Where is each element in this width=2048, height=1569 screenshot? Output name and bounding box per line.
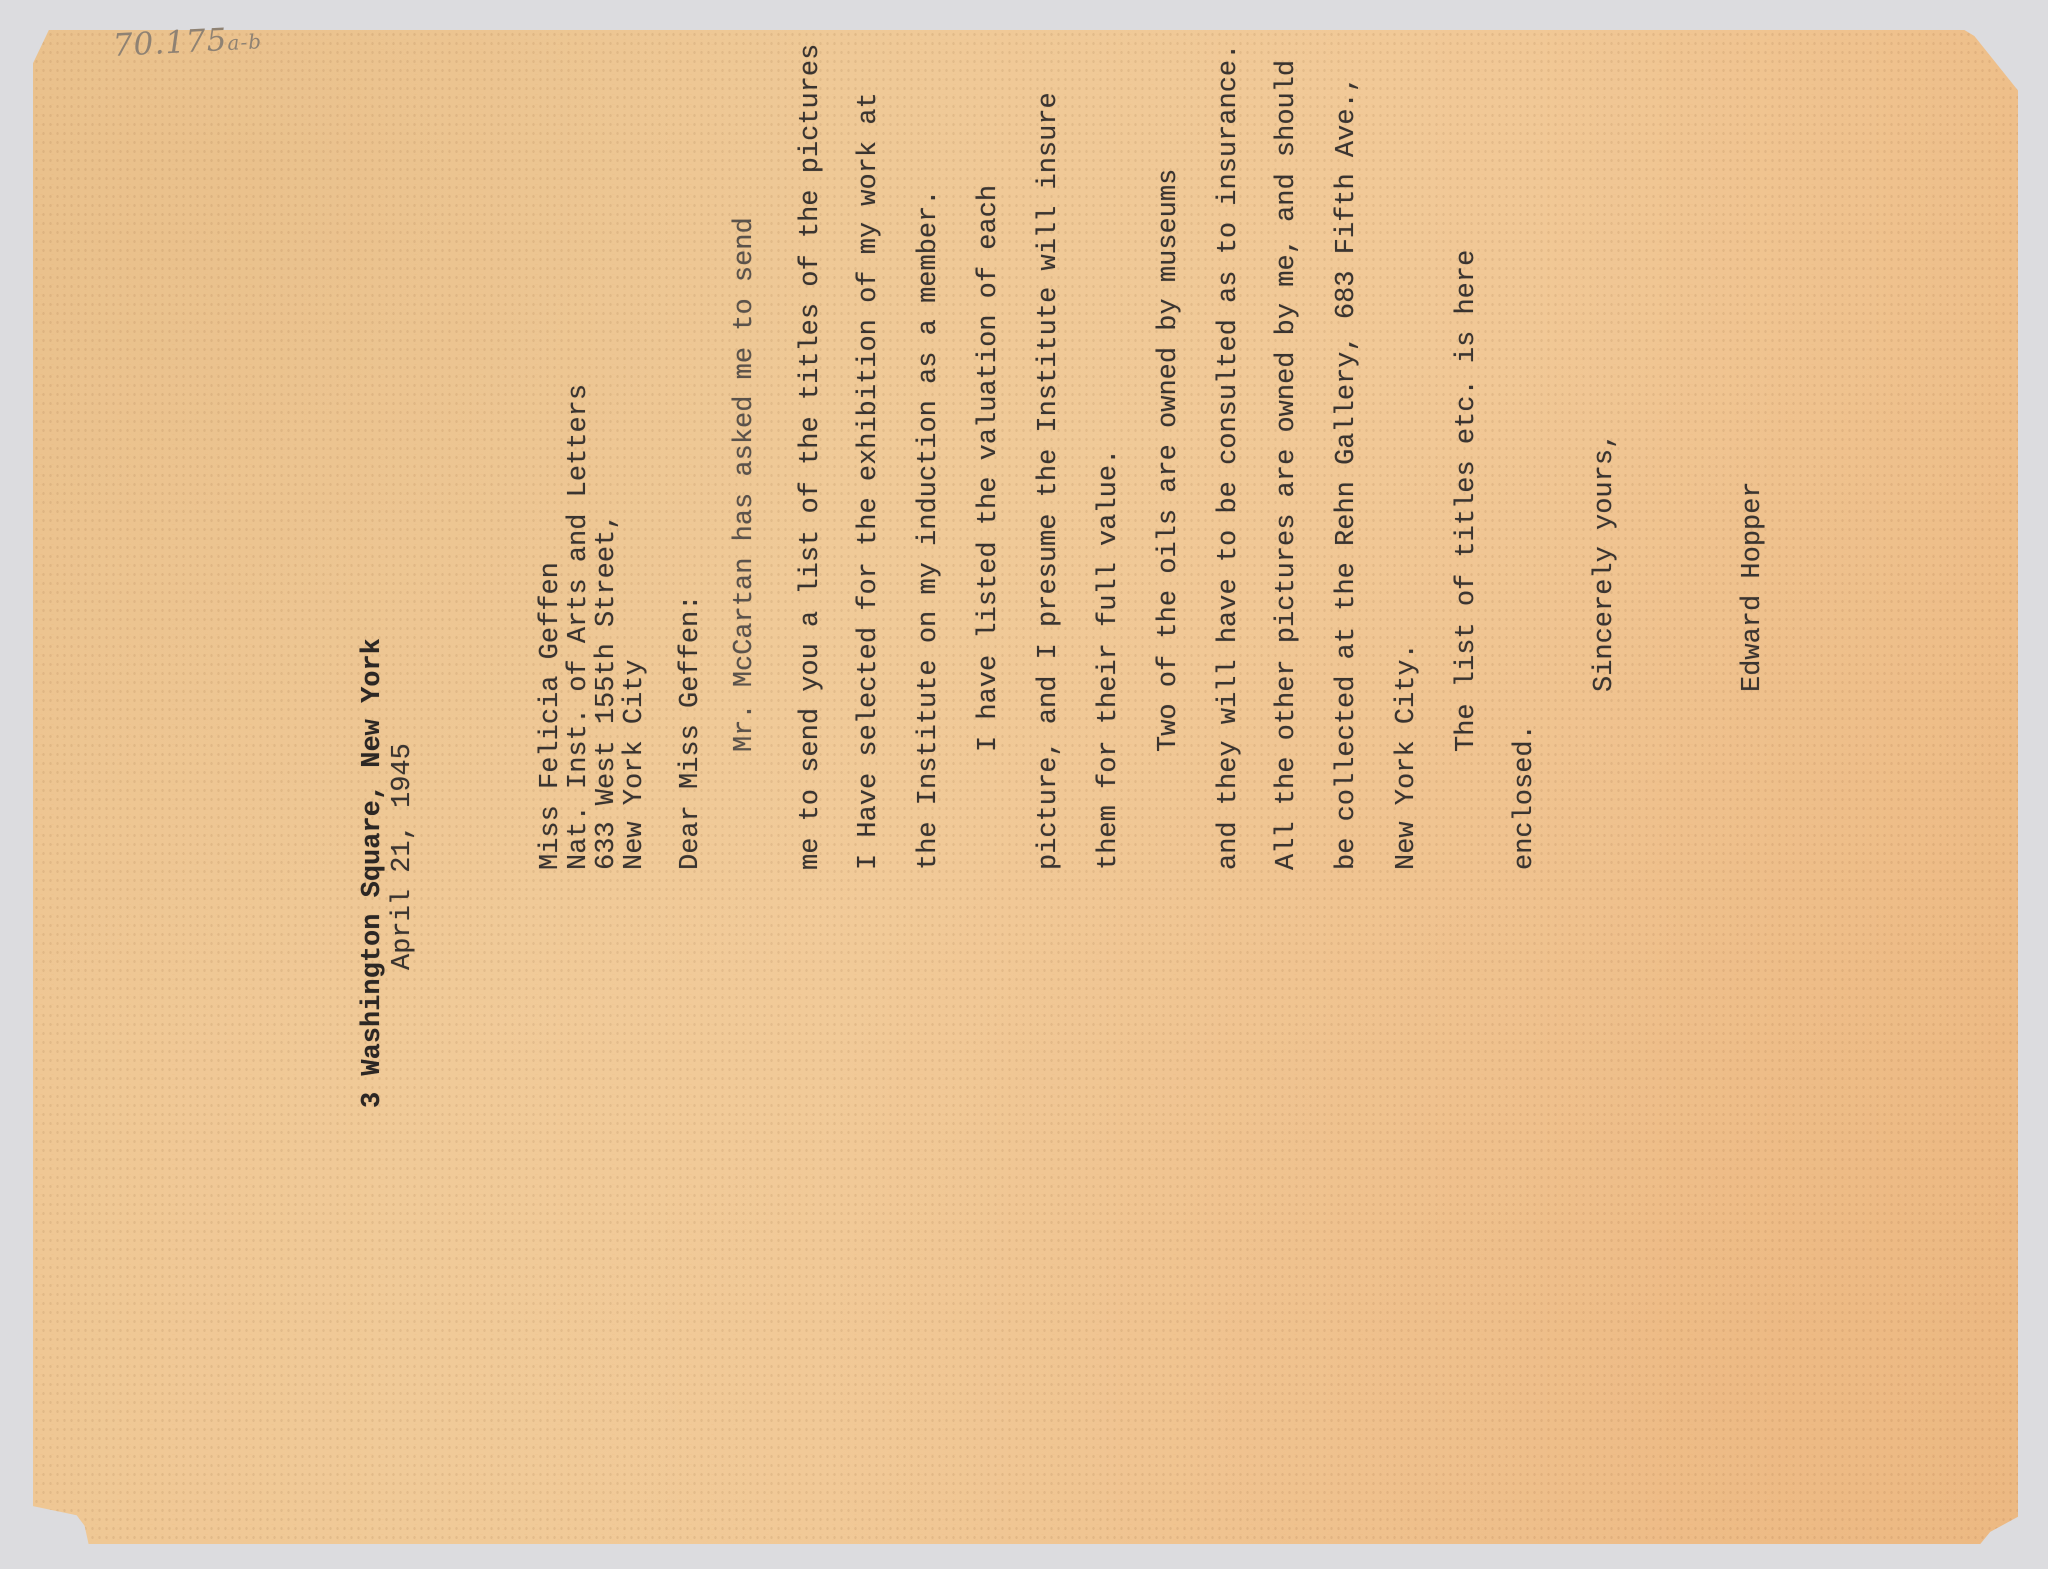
recipient-street: 633 West 155th Street, [594,514,621,870]
body-line: be collected at the Rehn Gallery, 683 Fi… [1334,76,1361,870]
body-line: All the other pictures are owned by me, … [1274,60,1301,870]
closing: Sincerely yours, [1592,433,1619,692]
body-line: picture, and I presume the Institute wil… [1036,92,1063,870]
body-line: New York City. [1394,643,1421,870]
body-line: enclosed. [1512,724,1539,870]
body-line: The list of titles etc. is here [1454,250,1481,752]
body-line: Mr. McCartan has asked me to send [732,217,759,752]
body-line: me to send you a list of the titles of t… [798,44,825,870]
catalog-number-suffix: a-b [227,29,263,55]
sender-address: 3 Washington Square, New York [360,638,387,1108]
catalog-number-main: 70.175 [112,22,228,64]
document-viewer: 70.175a-b 3 Washington Square, New York … [0,0,2048,1569]
body-line: the Institute on my induction as a membe… [916,189,943,870]
body-line: I Have selected for the exhibition of my… [856,92,883,870]
letter-body: 3 Washington Square, New York April 21, … [360,170,1760,1170]
recipient-city: New York City [622,659,649,870]
recipient-organization: Nat. Inst. of Arts and Letters [566,384,593,870]
recipient-name: Miss Felicia Geffen [538,562,565,870]
body-line: and they will have to be consulted as to… [1216,44,1243,870]
body-line: them for their full value. [1096,449,1123,870]
salutation: Dear Miss Geffen: [678,595,705,870]
body-line: I have listed the valuation of each [976,185,1003,752]
letter-date: April 21, 1945 [390,743,417,970]
body-line: Two of the oils are owned by museums [1156,169,1183,752]
signature: Edward Hopper [1740,481,1767,692]
